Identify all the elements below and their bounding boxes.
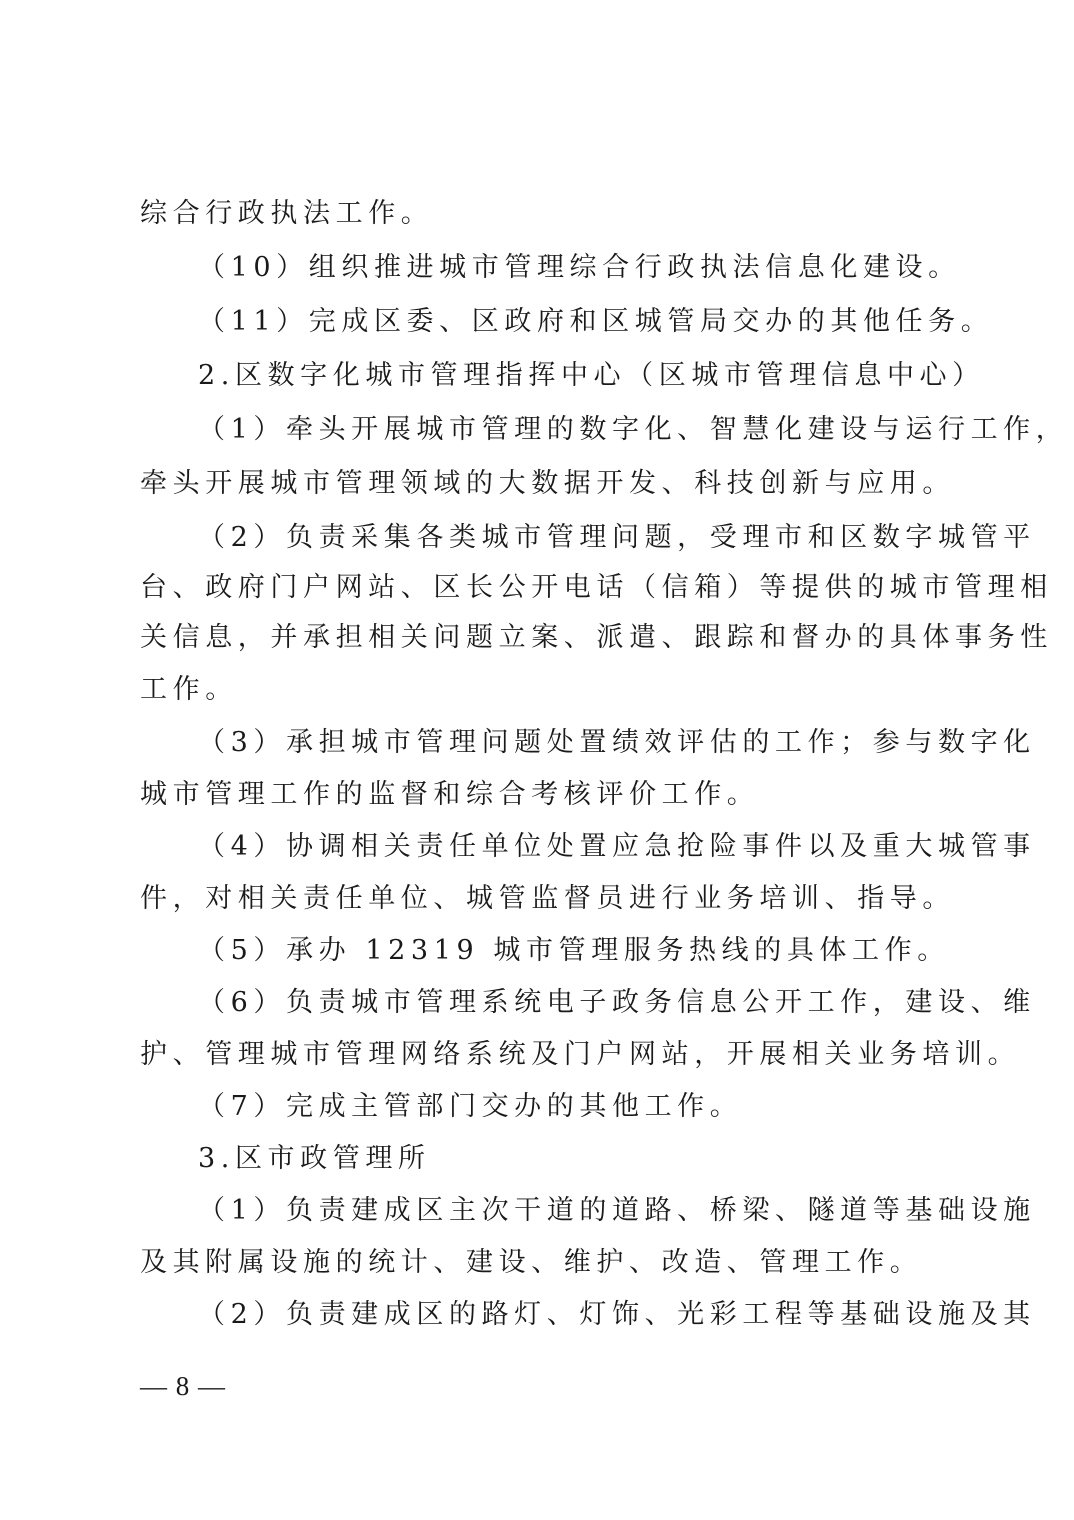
paragraph-line: （10）组织推进城市管理综合行政执法信息化建设。: [198, 250, 940, 286]
paragraph-line: （1）负责建成区主次干道的道路、桥梁、隧道等基础设施: [198, 1193, 940, 1229]
paragraph-line: （4）协调相关责任单位处置应急抢险事件以及重大城管事: [198, 829, 940, 865]
paragraph-line: 综合行政执法工作。: [140, 196, 940, 232]
paragraph-line: （11）完成区委、区政府和区城管局交办的其他任务。: [198, 304, 940, 340]
paragraph-line: 件，对相关责任单位、城管监督员进行业务培训、指导。: [140, 881, 940, 917]
document-page: 综合行政执法工作。 （10）组织推进城市管理综合行政执法信息化建设。 （11）完…: [0, 0, 1074, 1520]
paragraph-line: 工作。: [140, 672, 940, 708]
page-number: — 8 —: [140, 1368, 226, 1404]
paragraph-line: 及其附属设施的统计、建设、维护、改造、管理工作。: [140, 1245, 940, 1281]
paragraph-line: 护、管理城市管理网络系统及门户网站，开展相关业务培训。: [140, 1037, 940, 1073]
paragraph-line: （2）负责建成区的路灯、灯饰、光彩工程等基础设施及其: [198, 1297, 940, 1333]
paragraph-line: 城市管理工作的监督和综合考核评价工作。: [140, 777, 940, 813]
paragraph-line: 牵头开展城市管理领域的大数据开发、科技创新与应用。: [140, 466, 940, 502]
paragraph-line: 台、政府门户网站、区长公开电话（信箱）等提供的城市管理相: [140, 570, 940, 606]
paragraph-line: （6）负责城市管理系统电子政务信息公开工作，建设、维: [198, 985, 940, 1021]
section-heading: 3.区市政管理所: [198, 1141, 940, 1177]
paragraph-line: （5）承办 12319 城市管理服务热线的具体工作。: [198, 933, 940, 969]
paragraph-line: （2）负责采集各类城市管理问题，受理市和区数字城管平: [198, 520, 940, 556]
paragraph-line: （3）承担城市管理问题处置绩效评估的工作；参与数字化: [198, 725, 940, 761]
paragraph-line: （7）完成主管部门交办的其他工作。: [198, 1089, 940, 1125]
paragraph-line: （1）牵头开展城市管理的数字化、智慧化建设与运行工作，: [198, 412, 940, 448]
section-heading: 2.区数字化城市管理指挥中心（区城市管理信息中心）: [198, 358, 940, 394]
paragraph-line: 关信息，并承担相关问题立案、派遣、跟踪和督办的具体事务性: [140, 620, 940, 656]
